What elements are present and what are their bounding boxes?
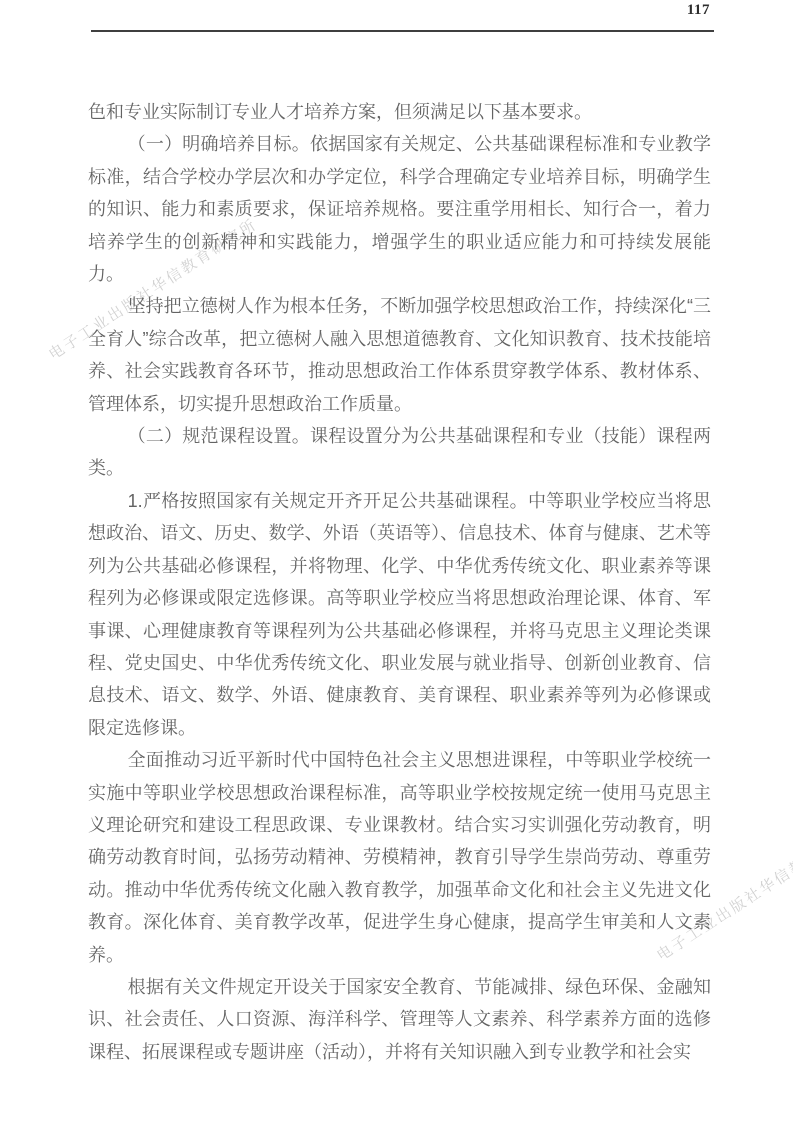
paragraph: （二）规范课程设置。课程设置分为公共基础课程和专业（技能）课程两类。 xyxy=(88,420,711,485)
paragraph: 根据有关文件规定开设关于国家安全教育、节能减排、绿色环保、金融知识、社会责任、人… xyxy=(88,971,711,1068)
page-number: 117 xyxy=(0,2,710,19)
header-rule xyxy=(91,30,714,32)
paragraph: 全面推动习近平新时代中国特色社会主义思想进课程，中等职业学校统一实施中等职业学校… xyxy=(88,744,711,971)
paragraph: （一）明确培养目标。依据国家有关规定、公共基础课程标准和专业教学标准，结合学校办… xyxy=(88,128,711,290)
paragraph: 色和专业实际制订专业人才培养方案，但须满足以下基本要求。 xyxy=(88,96,711,128)
paragraph: 坚持把立德树人作为根本任务，不断加强学校思想政治工作，持续深化“三全育人”综合改… xyxy=(88,290,711,420)
paragraph: 1.严格按照国家有关规定开齐开足公共基础课程。中等职业学校应当将思想政治、语文、… xyxy=(88,485,711,744)
document-body: 色和专业实际制订专业人才培养方案，但须满足以下基本要求。 （一）明确培养目标。依… xyxy=(88,96,711,1068)
